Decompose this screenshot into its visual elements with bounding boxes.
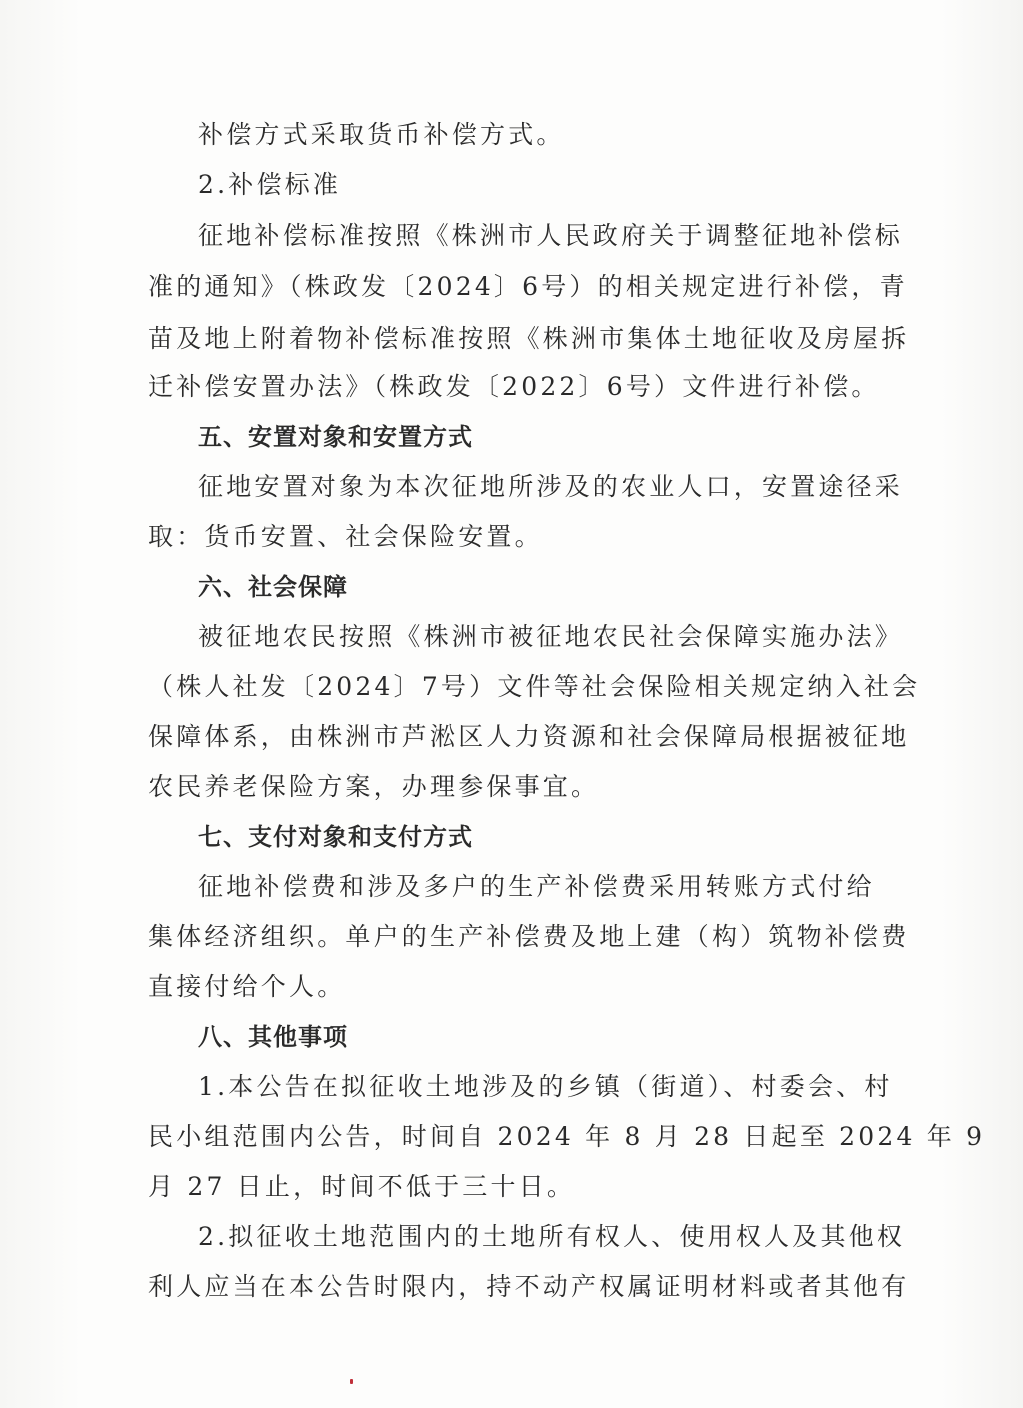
scanned-document-page: 补偿方式采取货币补偿方式。 2.补偿标准 征地补偿标准按照《株洲市人民政府关于调…	[0, 0, 1023, 1408]
paragraph-line: 保障体系，由株洲市芦淞区人力资源和社会保障局根据被征地	[148, 722, 860, 752]
paragraph-line: 准的通知》（株政发〔2024〕6号）的相关规定进行补偿，青	[148, 272, 860, 302]
paragraph-line: 征地安置对象为本次征地所涉及的农业人口，安置途径采	[198, 472, 860, 502]
paragraph-line: 补偿方式采取货币补偿方式。	[198, 120, 860, 150]
paragraph-line: 取：货币安置、社会保险安置。	[148, 522, 860, 552]
paragraph-line: 征地补偿标准按照《株洲市人民政府关于调整征地补偿标	[198, 221, 860, 251]
paragraph-line: 利人应当在本公告时限内，持不动产权属证明材料或者其他有	[148, 1272, 860, 1302]
paragraph-line: 被征地农民按照《株洲市被征地农民社会保障实施办法》	[198, 622, 860, 652]
paragraph-line: （株人社发〔2024〕7号）文件等社会保险相关规定纳入社会	[148, 672, 860, 702]
paragraph-line: 集体经济组织。单户的生产补偿费及地上建（构）筑物补偿费	[148, 922, 860, 952]
paragraph-line: 民小组范围内公告，时间自 2024 年 8 月 28 日起至 2024 年 9	[148, 1122, 860, 1152]
section-heading-7: 七、支付对象和支付方式	[198, 822, 910, 852]
paragraph-line: 2.拟征收土地范围内的土地所有权人、使用权人及其他权	[198, 1222, 860, 1252]
section-heading-6: 六、社会保障	[198, 572, 910, 602]
section-heading-8: 八、其他事项	[198, 1022, 910, 1052]
paragraph-line: 征地补偿费和涉及多户的生产补偿费采用转账方式付给	[198, 872, 860, 902]
paragraph-line: 1.本公告在拟征收土地涉及的乡镇（街道）、村委会、村	[198, 1072, 860, 1102]
red-ink-mark	[350, 1379, 353, 1384]
paragraph-line: 苗及地上附着物补偿标准按照《株洲市集体土地征收及房屋拆	[148, 324, 860, 354]
paragraph-line: 农民养老保险方案，办理参保事宜。	[148, 772, 860, 802]
section-heading-5: 五、安置对象和安置方式	[198, 422, 910, 452]
subsection-title: 2.补偿标准	[198, 170, 860, 200]
paragraph-line: 迁补偿安置办法》（株政发〔2022〕6号）文件进行补偿。	[148, 372, 860, 402]
paragraph-line: 月 27 日止，时间不低于三十日。	[148, 1172, 860, 1202]
paragraph-line: 直接付给个人。	[148, 972, 860, 1002]
